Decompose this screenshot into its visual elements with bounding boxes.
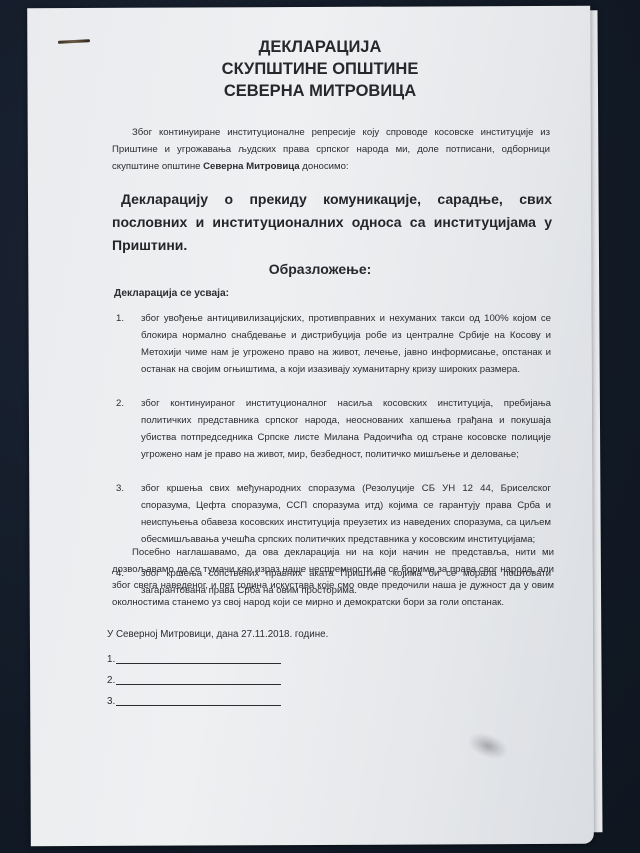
title-line-3: СЕВЕРНА МИТРОВИЦА: [0, 80, 640, 102]
signature-number: 3.: [107, 696, 115, 707]
title-line-1: ДЕКЛАРАЦИЈА: [0, 36, 640, 58]
document-title: ДЕКЛАРАЦИЈА СКУПШТИНЕ ОПШТИНЕ СЕВЕРНА МИ…: [0, 36, 640, 102]
intro-municipality-name: Северна Митровица: [203, 161, 299, 172]
signature-blank: [116, 684, 281, 685]
rationale-heading: Образложење:: [0, 261, 640, 277]
signature-line-1: 1.: [107, 654, 281, 665]
signature-line-2: 2.: [107, 675, 281, 686]
signature-blank: [116, 663, 281, 664]
signature-line-3: 3.: [107, 696, 281, 707]
signature-blank: [116, 705, 281, 706]
list-item-text: због континуираног институционалног наси…: [141, 398, 551, 460]
list-item-text: због кршења свих међународних споразума …: [141, 483, 551, 545]
list-item-number: 3.: [116, 480, 124, 497]
declaration-statement: Декларацију о прекиду комуникације, сара…: [112, 188, 552, 257]
signature-number: 1.: [107, 654, 115, 665]
list-item: 3. због кршења свих међународних споразу…: [113, 480, 551, 548]
intro-text-after: доносимо:: [300, 161, 349, 172]
list-item-number: 1.: [116, 310, 124, 327]
place-and-date: У Северној Митровици, дана 27.11.2018. г…: [107, 629, 328, 640]
list-item-number: 2.: [116, 395, 124, 412]
intro-paragraph: Због континуиране институционалне репрес…: [112, 124, 550, 175]
list-item-text: због увођење антицивилизацијских, против…: [141, 313, 551, 375]
signature-number: 2.: [107, 675, 115, 686]
list-item: 1. због увођење антицивилизацијских, про…: [113, 310, 551, 378]
document-content: ДЕКЛАРАЦИЈА СКУПШТИНЕ ОПШТИНЕ СЕВЕРНА МИ…: [0, 0, 640, 853]
closing-paragraph: Посебно наглашавамо, да ова декларација …: [112, 545, 554, 611]
adoption-lead: Декларација се усваја:: [114, 288, 229, 299]
title-line-2: СКУПШТИНЕ ОПШТИНЕ: [0, 58, 640, 80]
list-item: 2. због континуираног институционалног н…: [113, 395, 551, 463]
ink-smudge: [465, 729, 510, 763]
